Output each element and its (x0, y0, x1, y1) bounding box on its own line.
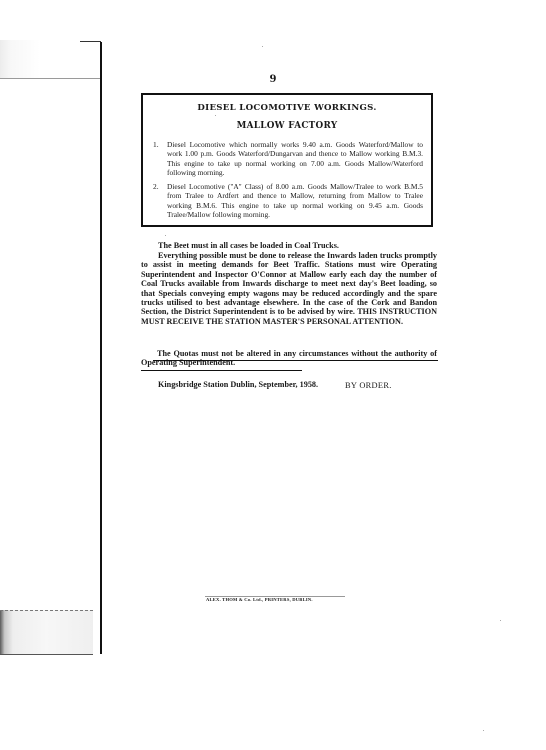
release-paragraph: Everything possible must be done to rele… (141, 251, 437, 326)
page-number: 9 (0, 74, 546, 85)
scan-speck (500, 620, 501, 621)
scan-speck (215, 115, 216, 116)
quotas-notice: The Quotas must not be altered in any ci… (141, 349, 437, 368)
by-order: BY ORDER. (345, 381, 392, 390)
item-number: 1. (153, 140, 159, 149)
scan-speck (262, 46, 263, 47)
box-subtitle: MALLOW FACTORY (143, 121, 431, 131)
working-item: 2. Diesel Locomotive ("A" Class) of 8.00… (153, 182, 423, 219)
beet-instruction: The Beet must in all cases be loaded in … (158, 241, 438, 250)
item-text: Diesel Locomotive which normally works 9… (167, 140, 423, 177)
box-title: DIESEL LOCOMOTIVE WORKINGS. (143, 103, 431, 113)
page-edge-line (100, 42, 102, 654)
item-text: Diesel Locomotive ("A" Class) of 8.00 a.… (167, 182, 423, 219)
quotas-underline (153, 360, 438, 361)
printer-imprint: ALEX. THOM & Co. Ltd., PRINTERS, DUBLIN. (206, 597, 366, 602)
item-number: 2. (153, 182, 159, 191)
quotas-underline (141, 370, 302, 371)
scan-edge-shadow-bottom (0, 610, 93, 655)
working-item: 1. Diesel Locomotive which normally work… (153, 140, 423, 177)
diesel-workings-box: DIESEL LOCOMOTIVE WORKINGS. MALLOW FACTO… (141, 93, 433, 227)
scan-speck (165, 235, 166, 236)
scan-speck (483, 730, 484, 731)
page-edge-top (80, 41, 101, 42)
